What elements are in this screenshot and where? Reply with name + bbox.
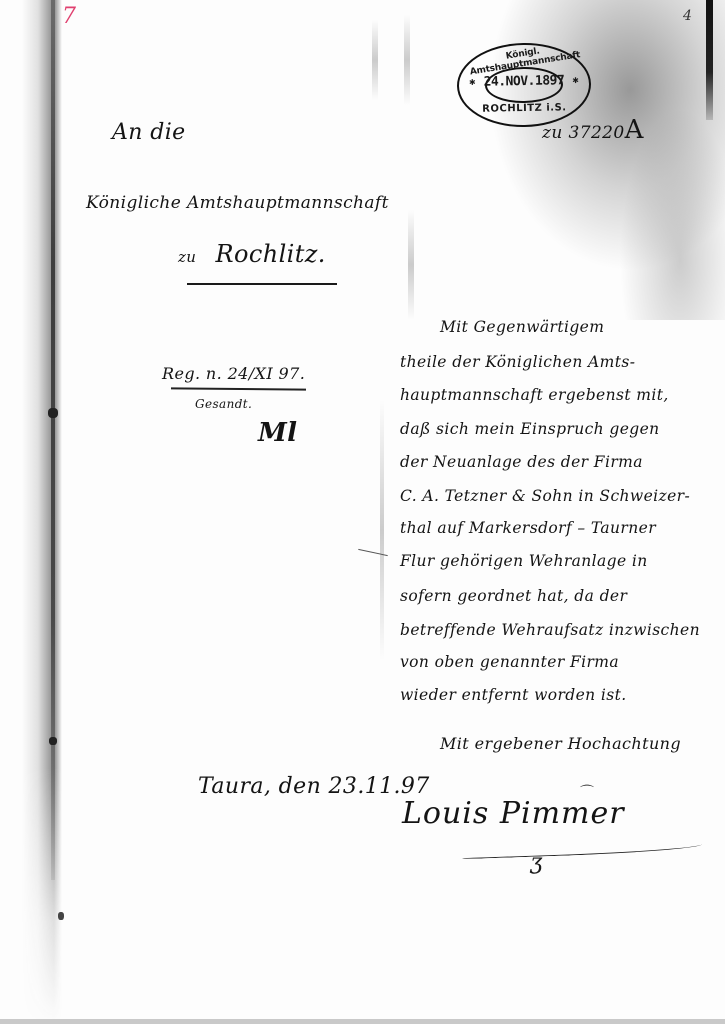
clerk-initials: Ml (258, 418, 297, 448)
folio-number-pencil: 4 (683, 8, 692, 24)
fold-streak (380, 400, 384, 660)
body-line: thal auf Markersdorf – Taurner (400, 519, 656, 537)
stamp-date: 24.NOV.1897 (459, 73, 589, 90)
address-line-2: Königliche Amtshauptmannschaft (86, 193, 389, 213)
registry-note: Reg. n. 24/XI 97. (162, 364, 305, 383)
page-right-edge (706, 0, 713, 120)
body-line: daß sich mein Einspruch gegen (400, 420, 660, 438)
address-line-3: zu Rochlitz. (178, 240, 326, 268)
body-line: theile der Königlichen Amts- (400, 353, 635, 371)
fold-streak (372, 20, 378, 100)
punch-hole-mark (48, 408, 58, 418)
signature-hook: ʒ (530, 850, 542, 875)
fold-streak (404, 15, 410, 105)
address-prefix: zu (178, 248, 196, 266)
sent-note: Gesandt. (195, 397, 252, 411)
file-reference-number: zu 37220 (542, 123, 625, 143)
body-line: von oben genannter Firma (400, 653, 619, 671)
stamp-place: ROCHLITZ i.S. (459, 102, 589, 115)
file-reference: zu 37220A (542, 115, 644, 145)
signature: Louis Pimmer (402, 796, 625, 831)
closing-salutation: Mit ergebener Hochachtung (440, 734, 681, 753)
fold-streak (408, 210, 414, 320)
body-line: betreffende Wehraufsatz inzwischen (400, 621, 700, 639)
body-line: hauptmannschaft ergebenst mit, (400, 386, 669, 404)
body-line: wieder entfernt worden ist. (400, 686, 627, 704)
address-city: Rochlitz. (202, 240, 326, 268)
address-underline (187, 283, 337, 285)
address-line-1: An die (112, 120, 186, 145)
body-line: der Neuanlage des der Firma (400, 453, 643, 471)
registry-underline (171, 387, 306, 390)
body-line: C. A. Tetzner & Sohn in Schweizer- (400, 487, 690, 505)
binding-edge (51, 0, 55, 880)
folio-number-red: 7 (62, 4, 76, 29)
punch-hole-mark (49, 737, 57, 745)
document-page: 7 4 Königl. Amtshauptmannschaft ✱ ✱ 24.N… (0, 0, 725, 1024)
body-line: sofern geordnet hat, da der (400, 587, 627, 605)
binding-shadow (22, 0, 62, 1024)
body-line: Flur gehörigen Wehranlage in (400, 552, 648, 570)
signature-flourish (462, 840, 702, 859)
body-line: Mit Gegenwärtigem (440, 318, 604, 336)
file-reference-letter: A (625, 115, 644, 145)
place-and-date: Taura, den 23.11.97 (198, 774, 430, 799)
punch-hole-mark (58, 912, 64, 920)
page-bottom-edge (0, 1019, 725, 1024)
